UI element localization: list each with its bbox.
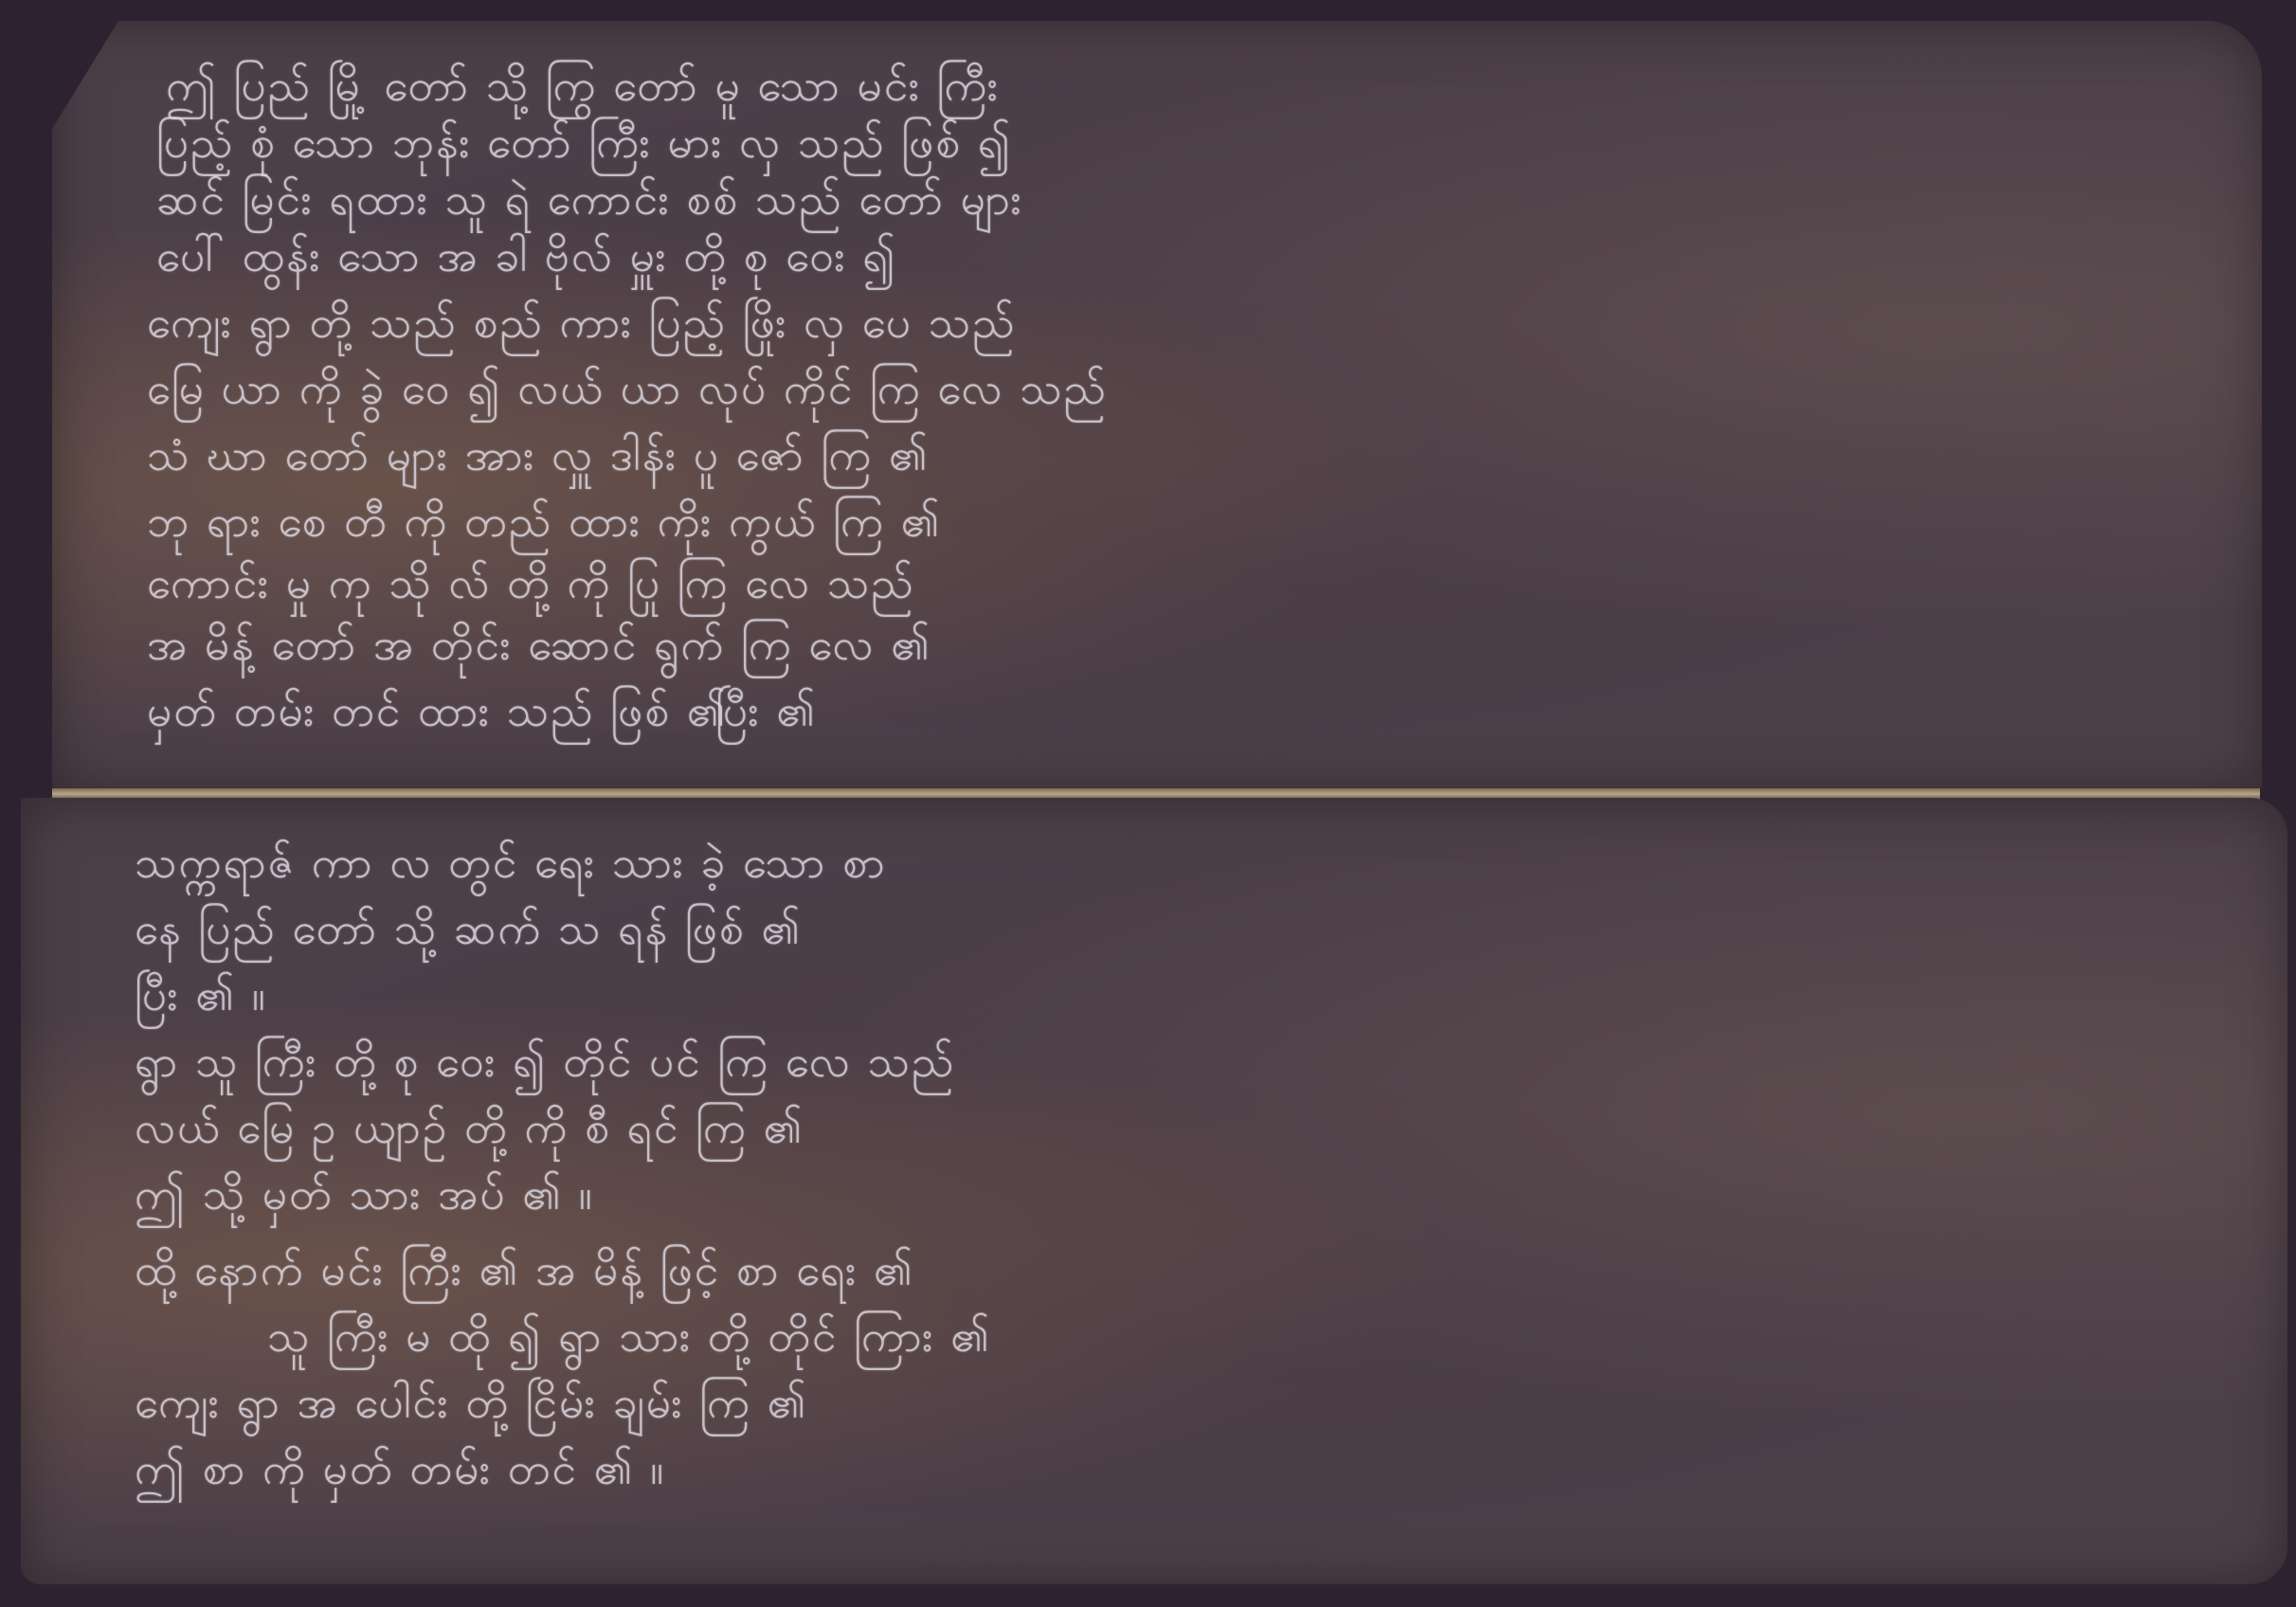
script-line: ပြီး ၏ ။ — [135, 968, 267, 1032]
manuscript-top-panel: ဤ ပြည် မြို့ တော် သို့ ကြွ တော် မူ သော မ… — [52, 21, 2262, 793]
script-line: မြေ ယာ ကို ခွဲ ဝေ ၍ လယ် ယာ လုပ် ကိုင် ကြ… — [147, 362, 1108, 425]
script-line: သူ ကြီး မ ထို ၍ ရွာ သား တို့ တိုင် ကြား … — [267, 1309, 991, 1373]
script-line: ပြီး ၏ — [715, 684, 817, 748]
script-line: ဆင် မြင်း ရထား သူ ရဲ ကောင်း စစ် သည် တော်… — [156, 172, 1023, 236]
script-line: ပြည့် စုံ သော ဘုန်း တော် ကြီး မား လှ သည်… — [156, 116, 1012, 179]
script-line: ကောင်း မှု ကု သို လ် တို့ ကို ပြု ကြ လေ … — [147, 556, 915, 620]
script-line: ကျေး ရွာ တို့ သည် စည် ကား ပြည့် ဖြိုး လှ… — [147, 296, 1017, 359]
script-line: ရွာ သူ ကြီး တို့ စု ဝေး ၍ တိုင် ပင် ကြ လ… — [135, 1035, 955, 1098]
script-line: ထို့ နောက် မင်း ကြီး ၏ အ မိန့် ဖြင့် စာ … — [135, 1243, 914, 1307]
script-line: အ မိန့် တော် အ တိုင်း ဆောင် ရွက် ကြ လေ ၏ — [147, 618, 931, 681]
script-line: ဤ စာ ကို မှတ် တမ်း တင် ၏ ။ — [135, 1442, 665, 1506]
script-line: ဤ သို့ မှတ် သား အပ် ၏ ။ — [135, 1167, 594, 1231]
script-lines-top: ဤ ပြည် မြို့ တော် သို့ ကြွ တော် မူ သော မ… — [52, 21, 2262, 793]
script-line: ဘု ရား စေ တီ ကို တည် ထား ကိုး ကွယ် ကြ ၏ — [147, 495, 942, 558]
script-lines-bottom: သက္ကရာဇ် ကာ လ တွင် ရေး သား ခဲ့ သော စာ နေ… — [21, 798, 2287, 1584]
script-line: လယ် မြေ ဥ ယျာဉ် တို့ ကို စီ ရင် ကြ ၏ — [135, 1101, 804, 1165]
script-line: ကျေး ရွာ အ ပေါင်း တို့ ငြိမ်း ချမ်း ကြ ၏ — [135, 1376, 808, 1439]
script-line: နေ ပြည် တော် သို့ ဆက် သ ရန် ဖြစ် ၏ — [135, 902, 802, 966]
script-line: ဤ ပြည် မြို့ တော် သို့ ကြွ တော် မူ သော မ… — [166, 59, 1000, 122]
script-line: သက္ကရာဇ် ကာ လ တွင် ရေး သား ခဲ့ သော စာ — [135, 836, 887, 899]
script-line: သံ ဃာ တော် များ အား လှူ ဒါန်း ပူ ဇော် ကြ… — [147, 428, 930, 492]
script-line: မှတ် တမ်း တင် ထား သည် ဖြစ် ၏ — [147, 684, 728, 748]
manuscript-bottom-panel: သက္ကရာဇ် ကာ လ တွင် ရေး သား ခဲ့ သော စာ နေ… — [21, 798, 2287, 1584]
script-line: ပေါ် ထွန်း သော အ ခါ ဗိုလ် မှူး တို့ စု ဝ… — [156, 229, 897, 293]
